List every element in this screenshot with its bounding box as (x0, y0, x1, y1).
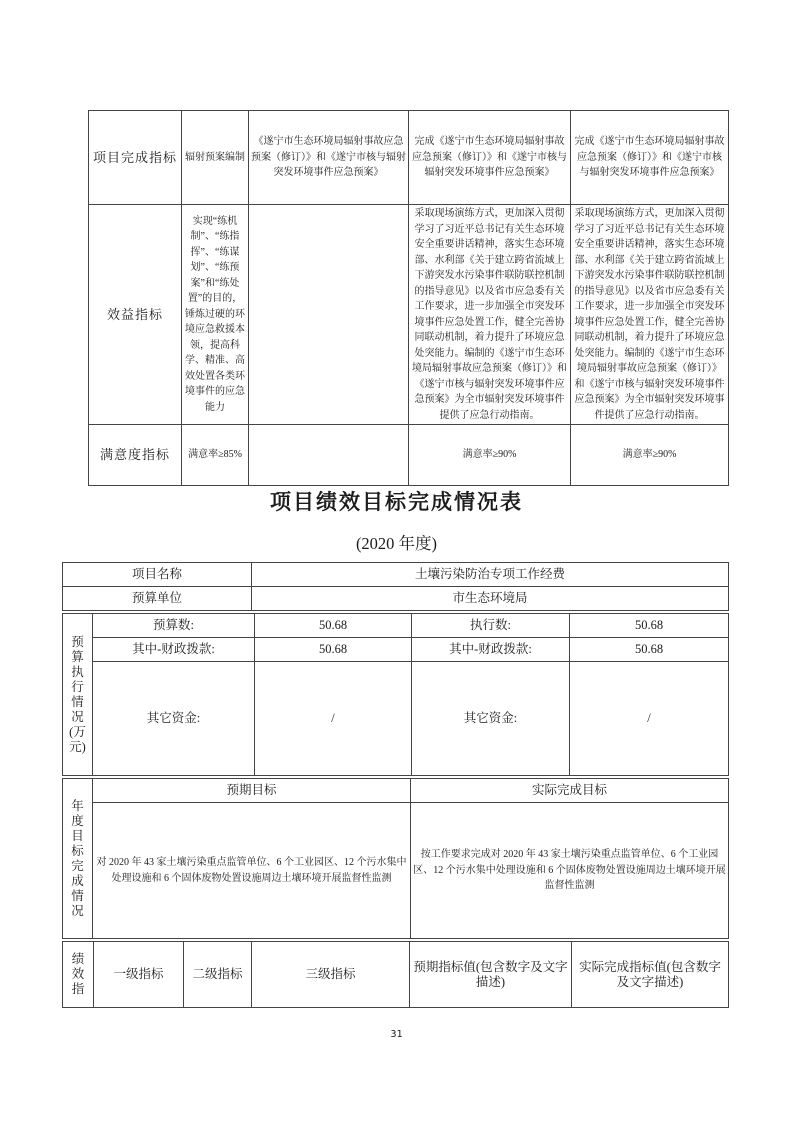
indicator-target-cell (249, 205, 409, 425)
table-row: 满意度指标 满意率≥85% 满意率≥90% 满意率≥90% (89, 425, 729, 486)
row-label-satisfaction: 满意度指标 (89, 425, 182, 486)
indicator-result-cell: 采取现场演练方式，更加深入贯彻学习了习近平总书记有关生态环境安全重要讲话精神，落… (571, 205, 729, 425)
row-label-benefit: 效益指标 (89, 205, 182, 425)
table-row: 项目完成指标 辐射预案编制 《遂宁市生态环境局辐射事故应急预案（修订）》和《遂宁… (89, 111, 729, 205)
indicator-result-cell: 满意率≥90% (571, 425, 729, 486)
budget-value: 50.68 (255, 614, 412, 638)
table-row: 其中-财政拨款: 50.68 其中-财政拨款: 50.68 (63, 638, 729, 662)
budget-value: 50.68 (570, 614, 729, 638)
budget-value: / (570, 662, 729, 776)
indicator-name-cell: 辐射预案编制 (182, 111, 249, 205)
budget-unit-value: 市生态环境局 (252, 587, 729, 611)
budget-label: 其中-财政拨款: (412, 638, 570, 662)
section-annual-goal: 年 度 目 标 完 成 情 况 预期目标 实际完成目标 对 2020 年 43 … (62, 778, 729, 939)
section-budget-execution: 预 算 执 行 情 况 (万 元) 预算数: 50.68 执行数: 50.68 … (62, 613, 729, 776)
budget-label: 预算数: (93, 614, 255, 638)
indicator-result-cell: 满意率≥90% (409, 425, 571, 486)
budget-value: 50.68 (570, 638, 729, 662)
budget-value: / (255, 662, 412, 776)
indicator-name-cell: 实现“练机制”、“练指挥”、“练谋划”、“练预案”和“练处置”的目的，锤炼过硬的… (182, 205, 249, 425)
budget-unit-label: 预算单位 (63, 587, 252, 611)
indicator-table: 项目完成指标 辐射预案编制 《遂宁市生态环境局辐射事故应急预案（修订）》和《遂宁… (88, 110, 729, 486)
project-name-label: 项目名称 (63, 563, 252, 587)
table-row: 绩 效 指 一级指标 二级指标 三级指标 预期指标值(包含数字及文字描述) 实际… (63, 942, 729, 1008)
budget-label: 其它资金: (93, 662, 255, 776)
budget-label: 执行数: (412, 614, 570, 638)
annual-section-label: 年 度 目 标 完 成 情 况 (63, 779, 93, 939)
performance-section-label: 绩 效 指 (63, 942, 94, 1008)
budget-label: 其中-财政拨款: (93, 638, 255, 662)
page-number: 31 (0, 1029, 793, 1040)
level3-indicator-header: 三级指标 (252, 942, 410, 1008)
actual-goal-text: 按工作要求完成对 2020 年 43 家土壤污染重点监管单位、6 个工业园区、1… (411, 803, 729, 939)
actual-indicator-value-header: 实际完成指标值(包含数字及文字描述) (572, 942, 729, 1008)
completion-table: 项目名称 土壤污染防治专项工作经费 预算单位 市生态环境局 预 算 执 行 情 … (62, 562, 728, 1008)
document-page: 项目完成指标 辐射预案编制 《遂宁市生态环境局辐射事故应急预案（修订）》和《遂宁… (0, 0, 793, 1122)
budget-section-label: 预 算 执 行 情 况 (万 元) (63, 614, 93, 776)
budget-value: 50.68 (255, 638, 412, 662)
level2-indicator-header: 二级指标 (184, 942, 252, 1008)
table-row: 预算单位 市生态环境局 (63, 587, 729, 611)
table-row: 年 度 目 标 完 成 情 况 预期目标 实际完成目标 (63, 779, 729, 803)
table-row: 预 算 执 行 情 况 (万 元) 预算数: 50.68 执行数: 50.68 (63, 614, 729, 638)
actual-goal-header: 实际完成目标 (411, 779, 729, 803)
indicator-result-cell: 采取现场演练方式，更加深入贯彻学习了习近平总书记有关生态环境安全重要讲话精神，落… (409, 205, 571, 425)
page-title: 项目绩效目标完成情况表 (0, 486, 793, 516)
level1-indicator-header: 一级指标 (94, 942, 184, 1008)
section-performance-indicators: 绩 效 指 一级指标 二级指标 三级指标 预期指标值(包含数字及文字描述) 实际… (62, 941, 729, 1008)
table-row: 效益指标 实现“练机制”、“练指挥”、“练谋划”、“练预案”和“练处置”的目的，… (89, 205, 729, 425)
indicator-target-cell: 《遂宁市生态环境局辐射事故应急预案（修订）》和《遂宁市核与辐射突发环境事件应急预… (249, 111, 409, 205)
row-label-project-completion: 项目完成指标 (89, 111, 182, 205)
section-project-info: 项目名称 土壤污染防治专项工作经费 预算单位 市生态环境局 (62, 562, 729, 611)
table-row: 其它资金: / 其它资金: / (63, 662, 729, 776)
table-row: 对 2020 年 43 家土壤污染重点监管单位、6 个工业园区、12 个污水集中… (63, 803, 729, 939)
expected-goal-text: 对 2020 年 43 家土壤污染重点监管单位、6 个工业园区、12 个污水集中… (93, 803, 411, 939)
expected-indicator-value-header: 预期指标值(包含数字及文字描述) (410, 942, 572, 1008)
budget-label: 其它资金: (412, 662, 570, 776)
project-name-value: 土壤污染防治专项工作经费 (252, 563, 729, 587)
page-subtitle: (2020 年度) (0, 530, 793, 554)
indicator-target-cell (249, 425, 409, 486)
table-row: 项目名称 土壤污染防治专项工作经费 (63, 563, 729, 587)
indicator-result-cell: 完成《遂宁市生态环境局辐射事故应急预案（修订）》和《遂宁市核与辐射突发环境事件应… (571, 111, 729, 205)
indicator-result-cell: 完成《遂宁市生态环境局辐射事故应急预案（修订）》和《遂宁市核与辐射突发环境事件应… (409, 111, 571, 205)
indicator-name-cell: 满意率≥85% (182, 425, 249, 486)
expected-goal-header: 预期目标 (93, 779, 411, 803)
